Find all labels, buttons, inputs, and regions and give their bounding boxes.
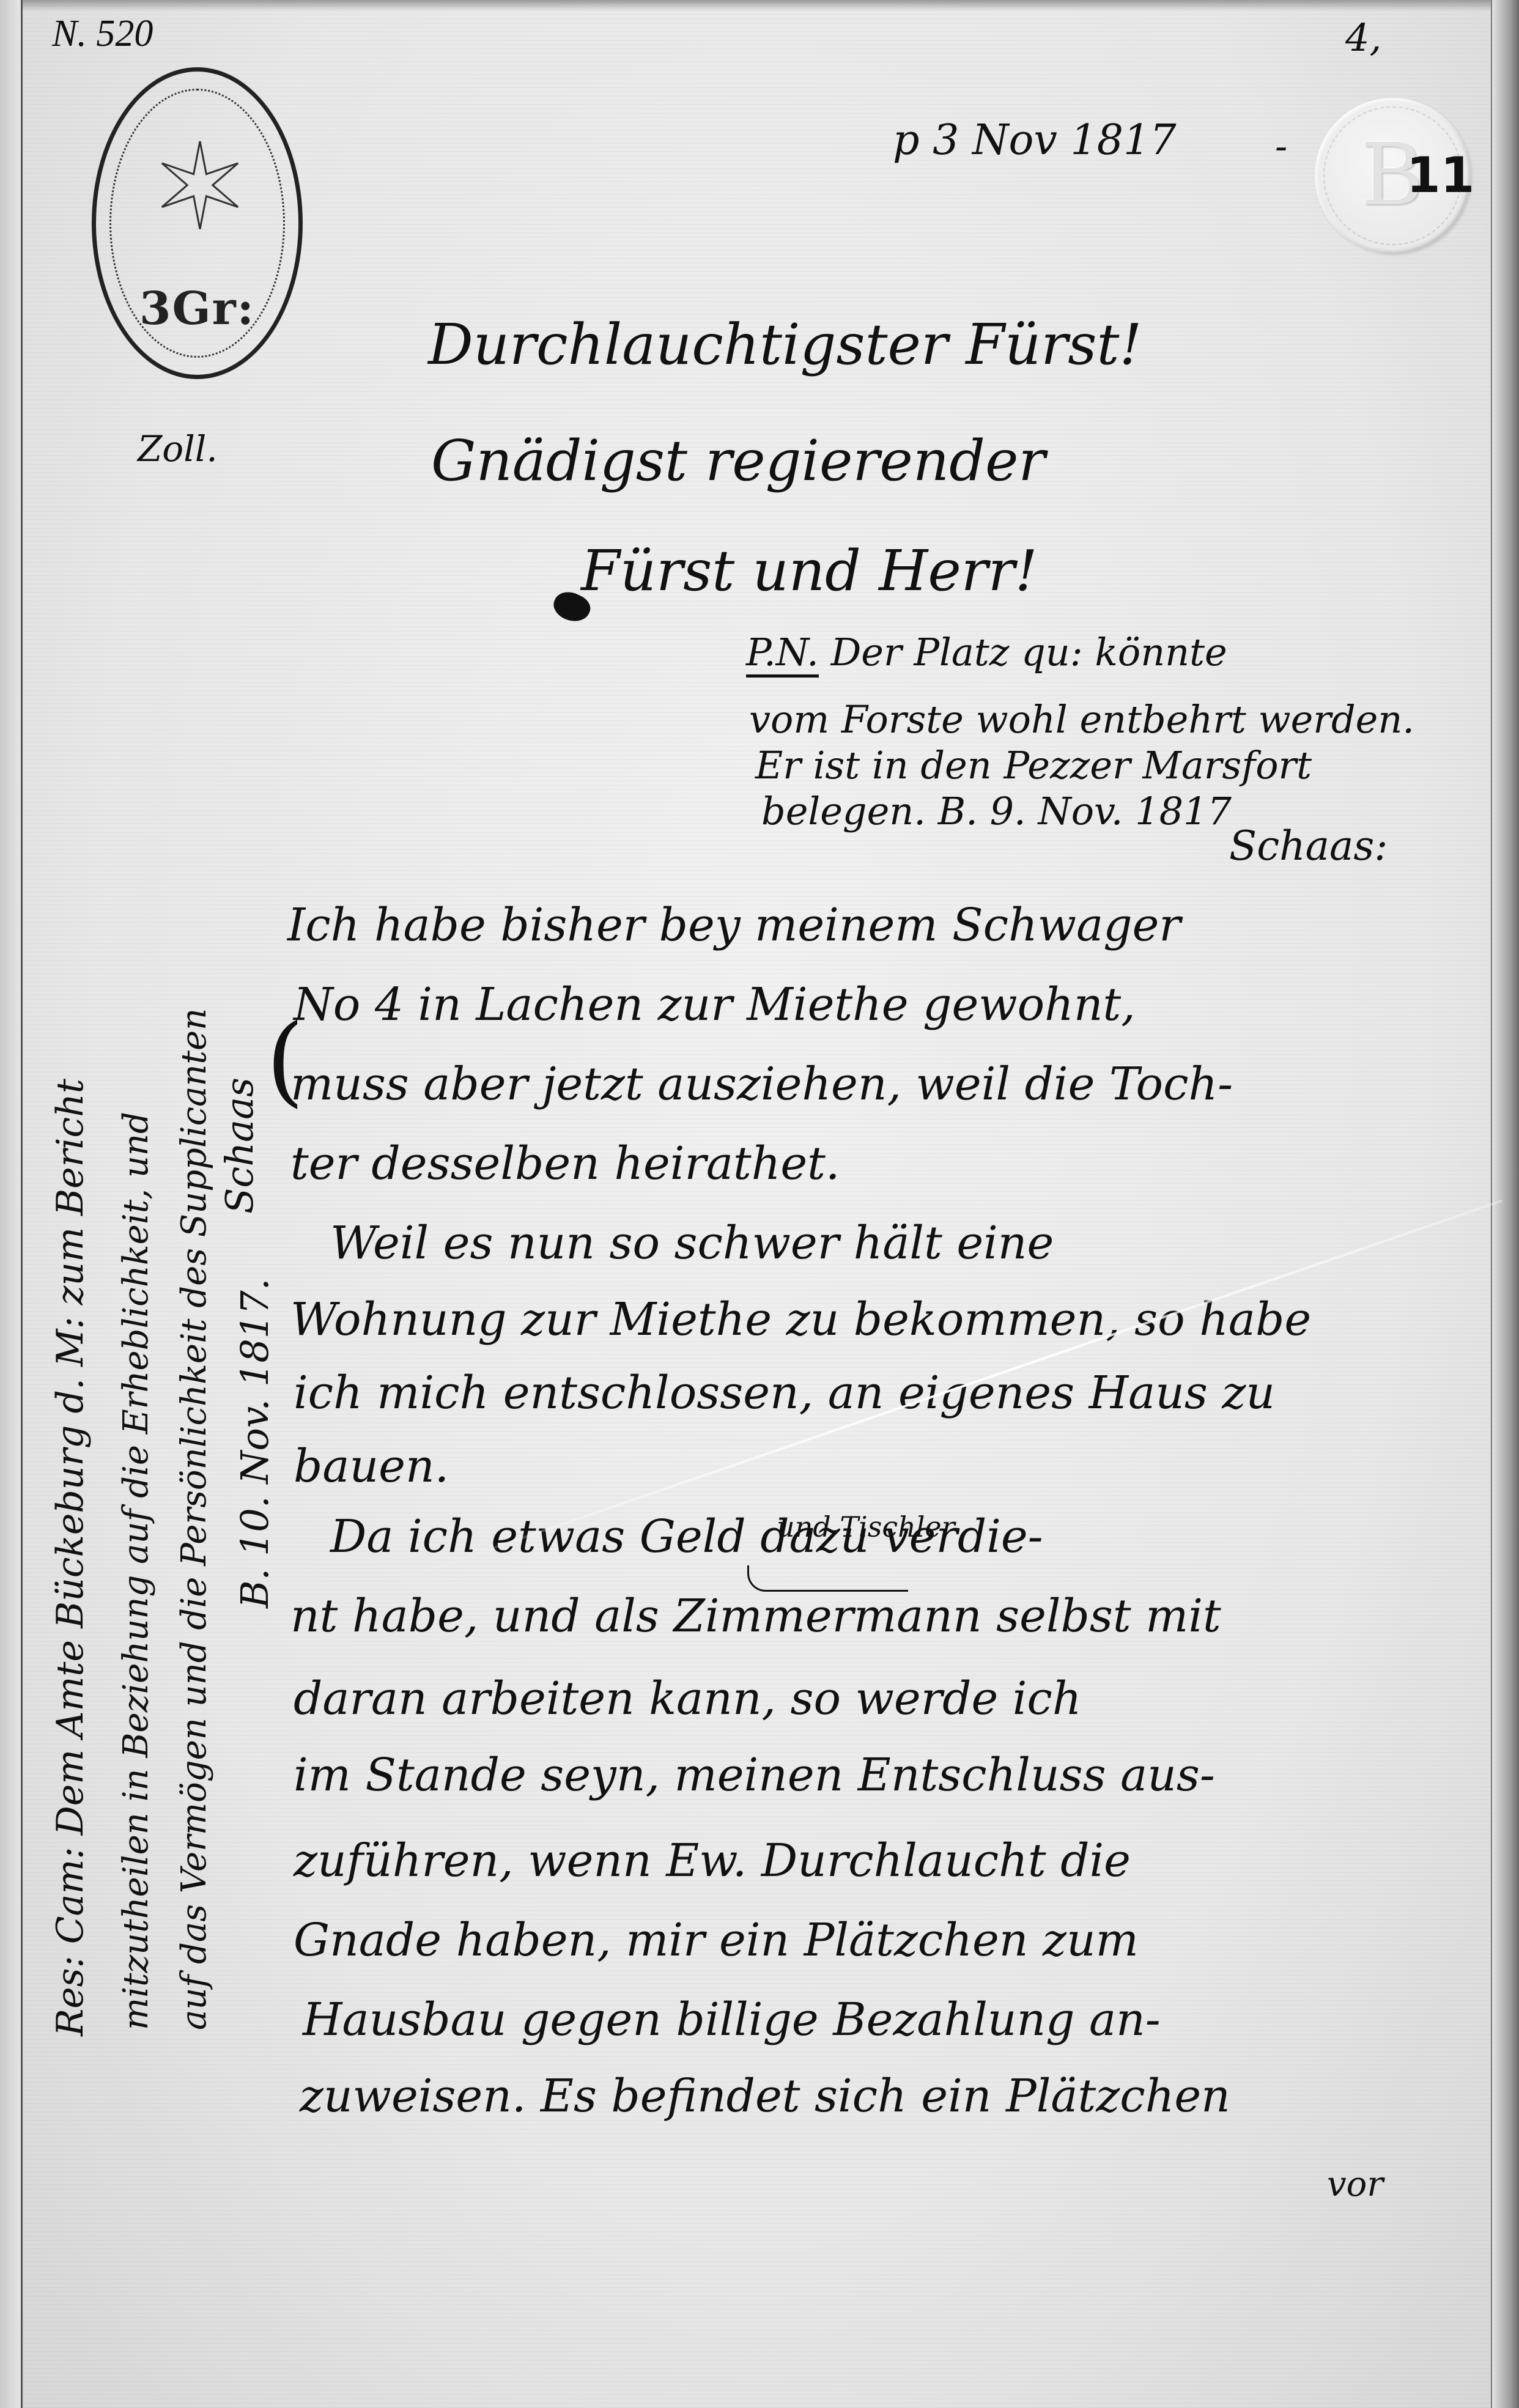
body-p1-line-2: No 4 in Lachen zur Miethe gewohnt, — [294, 978, 1136, 1031]
salutation-line-1: Durchlauchtigster Fürst! — [428, 312, 1142, 377]
page-top-edge — [0, 0, 1519, 11]
postscript-line-3: Er ist in den Pezzer Marsfort — [755, 743, 1312, 788]
postscript-label: P.N. — [746, 630, 819, 678]
star-icon: ✶ — [139, 127, 261, 249]
salutation-line-2: Gnädigst regierender — [431, 428, 1045, 493]
folio-number: 4, — [1345, 15, 1381, 60]
page-binding-edge — [0, 0, 23, 2408]
stamp-value: 3Gr: — [96, 283, 298, 335]
embossed-seal: B 11 — [1315, 98, 1471, 254]
margin-resolution-line-4: B. 10. Nov. 1817. — [232, 1279, 277, 1608]
body-p1-line-4: ter desselben heirathet. — [290, 1137, 840, 1190]
body-p3-line-6: Gnade haben, mir ein Plätzchen zum — [294, 1914, 1139, 1967]
body-p3-line-8: zuweisen. Es befindet sich ein Plätzchen — [300, 2070, 1230, 2122]
postscript-line-4: belegen. B. 9. Nov. 1817 — [761, 789, 1232, 833]
body-p2-line-3: ich mich entschlossen, an eigenes Haus z… — [294, 1367, 1275, 1419]
body-p1-line-3: muss aber jetzt ausziehen, weil die Toch… — [290, 1058, 1233, 1110]
tax-stamp: ✶ 3Gr: — [92, 67, 303, 379]
document-page: N. 520 4, ✶ 3Gr: p 3 Nov 1817 - B 11 Zol… — [0, 0, 1519, 2408]
postscript-line-2: vom Forste wohl entbehrt werden. — [749, 697, 1414, 742]
margin-resolution-line-1: Res: Cam: Dem Amte Bückeburg d. M: zum B… — [49, 1079, 92, 2036]
catchword: vor — [1327, 2165, 1383, 2204]
salutation-line-3: Fürst und Herr! — [581, 538, 1038, 604]
archive-number: N. 520 — [52, 12, 153, 56]
margin-resolution-signature: Schaas — [217, 1077, 262, 1214]
body-p3-line-1: Da ich etwas Geld dazu verdie- — [330, 1510, 1043, 1563]
postscript-signature: Schaas: — [1229, 822, 1388, 870]
body-p3-line-4: im Stande seyn, meinen Entschluss aus- — [294, 1749, 1215, 1801]
body-p1-line-1: Ich habe bisher bey meinem Schwager — [287, 899, 1181, 951]
body-p3-line-5: zuführen, wenn Ew. Durchlaucht die — [294, 1834, 1131, 1887]
body-p3-line-3: daran arbeiten kann, so werde ich — [294, 1672, 1082, 1725]
postscript-block: P.N. Der Platz qu: könnte — [746, 630, 1227, 674]
received-note: p 3 Nov 1817 — [893, 116, 1177, 164]
body-p2-line-4: bauen. — [294, 1440, 449, 1493]
dash-mark: - — [1275, 125, 1287, 168]
seal-number: 11 — [1406, 147, 1474, 204]
body-p3-line-2: nt habe, und als Zimmermann selbst mit — [290, 1590, 1221, 1642]
postscript-line-1: Der Platz qu: könnte — [831, 630, 1227, 674]
margin-resolution-line-3: auf das Vermögen und die Persönlichkeit … — [174, 1008, 214, 2030]
margin-resolution-line-2: mitzutheilen in Beziehung auf die Erhebl… — [116, 1112, 156, 2030]
body-p3-line-7: Hausbau gegen billige Bezahlung an- — [303, 1993, 1161, 2046]
insertion-caret-line — [747, 1565, 908, 1592]
body-p2-line-1: Weil es nun so schwer hält eine — [330, 1217, 1054, 1269]
left-annotation: Zoll. — [138, 428, 218, 470]
